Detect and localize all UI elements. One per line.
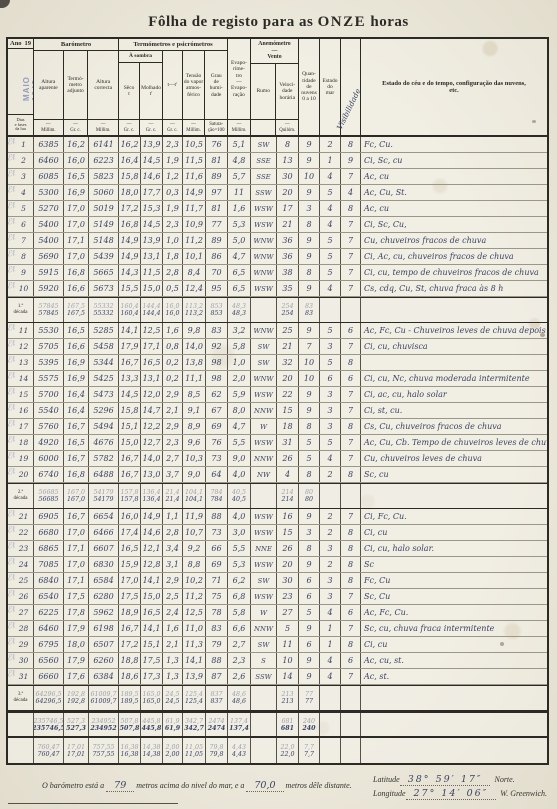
corrected-height-value: 5148 [93, 236, 113, 245]
corrected-height-value: 6466 [93, 528, 113, 537]
margin-flourish-mark: ℰℓ [8, 339, 16, 349]
vapour-tension-summary-cell: 342,7342,7 [183, 713, 206, 736]
apparent-height-summary-cell: 64296,564296,5 [34, 686, 64, 710]
humidity-cell: 88 [206, 509, 228, 524]
attached-thermometer-summary-line1: 167,0 [67, 489, 85, 496]
dry-bulb-value: 15,9 [121, 560, 139, 569]
humidity-cell: 70 [206, 265, 228, 280]
sea-state-value: 3 [327, 406, 332, 415]
evaporation-summary-line2: 137,4 [229, 725, 249, 732]
wind-direction-value: WSW [254, 285, 273, 293]
attached-thermometer-summary-line2: 167,0 [67, 496, 85, 503]
wind-speed-value: 5 [285, 624, 290, 633]
remark-cell: Ac, cu [361, 169, 547, 184]
apparent-height-summary-line1: 760,47 [37, 744, 59, 751]
corrected-height-cell: 6488 [89, 467, 119, 482]
remark-text: Ac, Cu, St. [364, 188, 407, 197]
t-diff-cell: 2,5 [163, 589, 183, 604]
humidity-cell: 86 [206, 249, 228, 264]
apparent-height-cell: 5530 [34, 323, 64, 338]
t-diff-value: 2,3 [166, 140, 179, 149]
wind-direction-cell: NNE [251, 541, 277, 556]
humidity-cell: 76 [206, 435, 228, 450]
evaporation-cell: 2,3 [228, 653, 251, 668]
apparent-height-summary-line2: 235746,5 [34, 725, 64, 732]
dry-bulb-value: 18,8 [121, 656, 139, 665]
t-diff-cell: 1,8 [163, 249, 183, 264]
t-diff-cell: 1,3 [163, 653, 183, 668]
t-diff-value: 1,3 [166, 656, 179, 665]
day-number: 14 [19, 374, 29, 383]
apparent-height-value: 6460 [38, 156, 58, 165]
corrected-height-value: 5425 [93, 374, 113, 383]
attached-thermometer-unit: — Gr. c. [64, 119, 88, 135]
wet-bulb-cell: 14,9 [141, 509, 163, 524]
dry-bulb-summary-line1: 189,5 [120, 691, 138, 698]
apparent-height-cell: 6385 [34, 137, 64, 152]
wind-speed-value: 36 [282, 236, 292, 245]
sea-state-cell: 5 [320, 233, 341, 248]
register-sheet: Fôlha de registo para as ONZE horas Ano … [0, 0, 557, 809]
remark-cell: Sc, Cu [361, 589, 547, 604]
vapour-tension-cell: 13,8 [183, 355, 206, 370]
wind-speed-cell: 25 [277, 323, 299, 338]
wind-direction-cell: WSW [251, 387, 277, 402]
humidity-value: 70 [211, 268, 221, 277]
remark-text: Sc, Cu [364, 592, 390, 601]
sea-state-cell: 4 [320, 605, 341, 620]
wind-direction-value: SW [258, 641, 270, 649]
corrected-height-cell: 5665 [89, 265, 119, 280]
t-diff-summary-cell: 24,524,5 [163, 686, 183, 710]
corrected-height-cell: 6466 [89, 525, 119, 540]
margin-flourish-mark: ℰℓ [8, 323, 16, 333]
wind-direction-cell: SSW [251, 669, 277, 684]
humidity-value: 83 [211, 326, 221, 335]
cloud-amount-cell: 5 [299, 435, 320, 450]
wet-bulb-value: 14,5 [143, 156, 161, 165]
cloud-amount-cell: 9 [299, 249, 320, 264]
apparent-height-value: 5300 [38, 188, 58, 197]
t-diff-cell: 1,9 [163, 153, 183, 168]
wind-speed-value: 25 [282, 326, 292, 335]
wet-bulb-summary-cell: 144,4144,4 [141, 298, 163, 322]
wet-bulb-summary-cell: 165,0165,0 [141, 686, 163, 710]
sea-state-value: 1 [327, 156, 332, 165]
corrected-height-cell: 5494 [89, 419, 119, 434]
visibility-cell: 6 [341, 371, 361, 386]
vapour-tension-value: 11,3 [185, 640, 203, 649]
evaporation-summary-line2: 40,5 [232, 496, 246, 503]
humidity-cell: 89 [206, 233, 228, 248]
dry-bulb-value: 13,3 [121, 374, 139, 383]
corrected-height-cell: 5285 [89, 323, 119, 338]
corrected-height-cell: 6830 [89, 557, 119, 572]
margin-flourish-mark: ℰℓ [8, 467, 16, 477]
margin-flourish-mark: ℰℓ [8, 451, 16, 461]
cloud-amount-cell: 3 [299, 525, 320, 540]
remark-text: Ci, Sc, cu [364, 156, 402, 165]
vapour-tension-cell: 9,0 [183, 467, 206, 482]
attached-thermometer-value: 17,5 [67, 592, 85, 601]
wind-speed-cell: 13 [277, 153, 299, 168]
remark-text: Ci, ac, cu, halo solar [364, 390, 447, 399]
dry-bulb-value: 15,8 [121, 172, 139, 181]
dry-bulb-value: 14,5 [121, 390, 139, 399]
dry-bulb-value: 18,9 [121, 608, 139, 617]
sea-state-cell: 2 [320, 557, 341, 572]
t-diff-cell: 0,3 [163, 185, 183, 200]
cloud-amount-cell: 5 [299, 605, 320, 620]
wind-direction-value: NNW [254, 407, 273, 415]
humidity-value: 73 [211, 528, 221, 537]
baro-note-mid: metros acima do nivel do mar, e a [136, 781, 244, 790]
col-humidity: Grau de humi- dade Satura- ção=100 [205, 51, 227, 135]
attached-thermometer-cell: 16,5 [64, 169, 89, 184]
t-diff-cell: 3,1 [163, 557, 183, 572]
vapour-tension-cell: 10,5 [183, 137, 206, 152]
remark-cell: Cs, cdq, Cu, St, chuva fraca às 8 h [361, 281, 547, 296]
humidity-cell: 98 [206, 371, 228, 386]
table-row-day: ℰℓ14557516,9542513,313,10,211,1982,0WNW2… [8, 371, 547, 387]
humidity-value: 76 [211, 140, 221, 149]
barometer-note: O barómetro está a 79 metros acima do ni… [42, 774, 352, 800]
cloud-amount-cell: 9 [299, 185, 320, 200]
t-diff-cell: 1,9 [163, 201, 183, 216]
wind-speed-summary-line2: 254 [281, 310, 293, 317]
visibility-value: 8 [348, 576, 353, 585]
wind-speed-value: 23 [282, 592, 292, 601]
evaporation-summary-line1: 137,4 [230, 718, 248, 725]
evaporation-value: 4,8 [233, 156, 246, 165]
table-row-day: ℰℓ18492016,5467615,012,72,39,6765,5WSW31… [8, 435, 547, 451]
day-cell: ℰℓ5 [8, 201, 34, 216]
evaporation-summary-line1: 48,3 [232, 303, 246, 310]
sea-state-cell: 2 [320, 467, 341, 482]
wet-bulb-value: 15,0 [143, 284, 161, 293]
visibility-cell: 6 [341, 605, 361, 620]
col-cloud-amount: Quan- tidade de nuvens 0 a 10 [299, 39, 320, 135]
vapour-tension-value: 8,8 [188, 560, 201, 569]
t-diff-cell: 0,8 [163, 339, 183, 354]
wind-direction-value: SSW [255, 673, 271, 681]
day-cell: ℰℓ29 [8, 637, 34, 652]
apparent-height-value: 6460 [38, 624, 58, 633]
apparent-height-cell: 6560 [34, 653, 64, 668]
corrected-height-cell: 6384 [89, 669, 119, 684]
sea-state-value: 5 [327, 358, 332, 367]
apparent-height-value: 5700 [38, 390, 58, 399]
attached-thermometer-value: 18,0 [67, 640, 85, 649]
wind-speed-cell: 22 [277, 387, 299, 402]
col-vapour-tension: Tensão do vapor atmos- férico — Millim. [183, 51, 206, 135]
day-cell: ℰℓ27 [8, 605, 34, 620]
visibility-cell: 7 [341, 265, 361, 280]
cloud-amount-value: 9 [306, 156, 311, 165]
attached-thermometer-cell: 16,2 [64, 137, 89, 152]
col-dry-bulb: Sêco t — Gr. c. [119, 63, 140, 135]
attached-thermometer-cell: 16,5 [64, 323, 89, 338]
sea-state-cell: 6 [320, 371, 341, 386]
humidity-cell: 89 [206, 169, 228, 184]
apparent-height-value: 6540 [38, 592, 58, 601]
table-row-day: ℰℓ21690516,7665416,014,91,111,9884,0WSW1… [8, 509, 547, 525]
day-cell: ℰℓ1 [8, 137, 34, 152]
visibility-value: 8 [348, 204, 353, 213]
cloud-amount-cell: 9 [299, 621, 320, 636]
corrected-height-cell: 5019 [89, 201, 119, 216]
col-corrected-height: Altura correcta — Millim. [88, 51, 118, 135]
apparent-height-cell: 7085 [34, 557, 64, 572]
sea-state-value: 4 [327, 672, 332, 681]
evaporation-summary-line1: 48,6 [232, 691, 246, 698]
table-row-day: ℰℓ27622517,8596218,916,52,412,5785,8W275… [8, 605, 547, 621]
visibility-value: 8 [348, 470, 353, 479]
evaporation-value: 5,3 [233, 560, 246, 569]
remark-text: Fc, Cu [364, 576, 390, 585]
wind-direction-cell: WSW [251, 217, 277, 232]
t-diff-value: 3,1 [166, 560, 179, 569]
t-diff-value: 1,6 [166, 326, 179, 335]
day-cell: ℰℓ21 [8, 509, 34, 524]
group-barometer: Barómetro Altura aparente — Millim. Term… [34, 39, 119, 135]
vapour-tension-unit: — Millim. [183, 119, 205, 135]
attached-thermometer-summary-line1: 167,5 [67, 303, 85, 310]
cloud-amount-cell: 9 [299, 281, 320, 296]
evaporation-summary-line2: 48,6 [232, 698, 246, 705]
wind-speed-summary-cell: 22,022,0 [277, 738, 299, 763]
cloud-amount-cell: 6 [299, 637, 320, 652]
humidity-value: 98 [211, 358, 221, 367]
corrected-height-cell: 6260 [89, 653, 119, 668]
summary-remark-cell [361, 738, 547, 763]
attached-thermometer-cell: 16,9 [64, 371, 89, 386]
vapour-tension-label: Tensão do vapor atmos- férico [183, 51, 205, 119]
day-number: 29 [19, 640, 29, 649]
table-row-day: ℰℓ28646017,9619816,714,11,611,0836,6NNW5… [8, 621, 547, 637]
t-diff-value: 2,8 [166, 528, 179, 537]
dry-bulb-cell: 16,7 [119, 355, 141, 370]
wet-bulb-cell: 12,8 [141, 557, 163, 572]
wet-bulb-cell: 17,7 [141, 185, 163, 200]
visibility-summary-cell [341, 686, 361, 710]
attached-thermometer-value: 17,0 [67, 252, 85, 261]
cloud-amount-cell: 8 [299, 217, 320, 232]
wet-bulb-cell: 15,3 [141, 201, 163, 216]
attached-thermometer-value: 17,9 [67, 624, 85, 633]
sea-state-value: 3 [327, 422, 332, 431]
dry-bulb-cell: 18,6 [119, 669, 141, 684]
t-diff-cell: 2,9 [163, 387, 183, 402]
t-diff-summary-cell: 21,421,4 [163, 484, 183, 508]
wind-speed-summary-cell: 214214 [277, 484, 299, 508]
vapour-tension-summary-cell: 125,4125,4 [183, 686, 206, 710]
dry-bulb-cell: 15,1 [119, 419, 141, 434]
decade-1-row: 1.ª década5784557845167,5167,55533255332… [8, 297, 547, 323]
wet-bulb-summary-line1: 445,8 [142, 718, 160, 725]
remark-text: Ci, Fc, Cu. [364, 512, 407, 521]
vapour-tension-cell: 12,4 [183, 281, 206, 296]
margin-flourish-mark: ℰℓ [8, 233, 16, 243]
corrected-height-summary-line2: 55332 [93, 310, 113, 317]
wind-speed-cell: 38 [277, 265, 299, 280]
evaporation-cell: 4,7 [228, 249, 251, 264]
margin-flourish-mark: ℰℓ [8, 509, 16, 519]
humidity-cell: 88 [206, 653, 228, 668]
evaporation-value: 5,5 [233, 438, 246, 447]
wind-direction-cell: NNW [251, 403, 277, 418]
evaporation-value: 2,7 [233, 640, 246, 649]
wet-bulb-cell: 17,3 [141, 669, 163, 684]
cloud-amount-summary-line2: 7,7 [304, 751, 314, 758]
wind-direction-cell: WSW [251, 201, 277, 216]
evaporation-cell: 9,0 [228, 451, 251, 466]
day-number: 23 [19, 544, 29, 553]
corrected-height-value: 6507 [93, 640, 113, 649]
wind-speed-value: 38 [282, 268, 292, 277]
evaporation-value: 5,8 [233, 342, 246, 351]
corrected-height-value: 6488 [93, 470, 113, 479]
visibility-cell: 8 [341, 201, 361, 216]
dry-bulb-value: 16,5 [121, 544, 139, 553]
cloud-amount-cell: 9 [299, 557, 320, 572]
wet-bulb-cell: 16,5 [141, 355, 163, 370]
column-day: Ano 19 Mês de MAIO 1942 Dias e fases da … [8, 39, 34, 135]
humidity-value: 77 [211, 220, 221, 229]
wind-speed-cell: 20 [277, 185, 299, 200]
attached-thermometer-cell: 16,7 [64, 419, 89, 434]
cloud-amount-value: 6 [306, 592, 311, 601]
vapour-tension-value: 14,1 [185, 656, 203, 665]
wind-direction-value: WSW [254, 439, 273, 447]
apparent-height-cell: 6840 [34, 573, 64, 588]
attached-thermometer-value: 16,4 [67, 406, 85, 415]
wind-speed-cell: 20 [277, 371, 299, 386]
humidity-cell: 77 [206, 217, 228, 232]
dry-bulb-cell: 14,1 [119, 323, 141, 338]
wet-bulb-value: 14,0 [143, 454, 161, 463]
wind-direction-cell: SW [251, 573, 277, 588]
evaporation-value: 5,0 [233, 236, 246, 245]
day-number: 9 [21, 268, 26, 277]
sea-state-value: 4 [327, 284, 332, 293]
humidity-cell: 83 [206, 621, 228, 636]
visibility-value: 7 [348, 236, 353, 245]
dry-bulb-value: 16,4 [121, 156, 139, 165]
dry-bulb-value: 16,0 [121, 512, 139, 521]
table-body: ℰℓ1638516,2614116,213,92,310,5765,1SW892… [8, 137, 547, 763]
wind-speed-cell: 36 [277, 233, 299, 248]
day-cell: ℰℓ24 [8, 557, 34, 572]
vapour-tension-summary-cell: 104,1104,1 [183, 484, 206, 508]
wind-speed-summary-line1: 214 [281, 489, 293, 496]
wind-direction-cell: S [251, 653, 277, 668]
attached-thermometer-value: 17,8 [67, 608, 85, 617]
apparent-height-cell: 6085 [34, 169, 64, 184]
sea-state-cell: 3 [320, 573, 341, 588]
visibility-value: 6 [348, 608, 353, 617]
day-number: 21 [19, 512, 29, 521]
humidity-value: 69 [211, 422, 221, 431]
cloud-amount-cell: 3 [299, 201, 320, 216]
attached-thermometer-value: 16,0 [67, 156, 85, 165]
humidity-summary-line2: 2474 [208, 725, 226, 732]
t-diff-cell: 1,0 [163, 233, 183, 248]
attached-thermometer-value: 16,8 [67, 470, 85, 479]
cloud-amount-summary-cell: 7777 [299, 686, 320, 710]
cloud-amount-label: Quan- tidade de nuvens 0 a 10 [299, 39, 319, 135]
dry-bulb-summary-cell: 16,3816,38 [119, 738, 141, 763]
remark-cell: Ci, Fc, Cu. [361, 509, 547, 524]
humidity-cell: 95 [206, 281, 228, 296]
apparent-height-value: 4920 [38, 438, 58, 447]
table-row-day: ℰℓ7540017,1514814,913,91,011,2895,0WNW36… [8, 233, 547, 249]
cloud-amount-value: 9 [306, 140, 311, 149]
corrected-height-summary-cell: 61009,761009,7 [89, 686, 119, 710]
humidity-cell: 69 [206, 419, 228, 434]
vapour-tension-cell: 8,9 [183, 419, 206, 434]
t-diff-value: 0,3 [166, 188, 179, 197]
wind-speed-cell: 26 [277, 451, 299, 466]
apparent-height-value: 6865 [38, 544, 58, 553]
day-number: 5 [21, 204, 26, 213]
visibility-cell: 8 [341, 573, 361, 588]
apparent-height-cell: 6680 [34, 525, 64, 540]
visibility-cell: 7 [341, 509, 361, 524]
vapour-tension-cell: 10,9 [183, 217, 206, 232]
cloud-amount-cell: 10 [299, 355, 320, 370]
day-number: 3 [21, 172, 26, 181]
dry-bulb-value: 17,4 [121, 528, 139, 537]
day-cell: ℰℓ17 [8, 419, 34, 434]
apparent-height-cell: 5540 [34, 403, 64, 418]
cloud-amount-summary-line1: 240 [303, 718, 315, 725]
humidity-value: 62 [211, 390, 221, 399]
ano-label: Ano [10, 40, 22, 47]
humidity-cell: 97 [206, 185, 228, 200]
vapour-tension-value: 11,2 [185, 236, 203, 245]
wind-direction-cell: WNW [251, 233, 277, 248]
sea-state-value: 3 [327, 390, 332, 399]
wind-speed-cell: 8 [277, 137, 299, 152]
table-row-day: ℰℓ26654017,5628017,515,02,511,2756,8WSW2… [8, 589, 547, 605]
wet-bulb-cell: 13,0 [141, 467, 163, 482]
vapour-tension-summary-line2: 104,1 [185, 496, 203, 503]
visibility-value: 9 [348, 156, 353, 165]
cloud-amount-value: 9 [306, 252, 311, 261]
dry-bulb-value: 15,5 [121, 284, 139, 293]
wind-speed-value: 16 [282, 512, 292, 521]
remark-text: Sc, cu, chuva fraca intermitente [364, 624, 494, 633]
attached-thermometer-value: 17,0 [67, 204, 85, 213]
sea-state-value: 4 [327, 656, 332, 665]
evaporation-cell: 5,9 [228, 387, 251, 402]
wet-bulb-summary-cell: 136,4136,4 [141, 484, 163, 508]
corrected-height-summary-cell: 5533255332 [89, 298, 119, 322]
dry-bulb-cell: 17,5 [119, 589, 141, 604]
dry-bulb-summary-line2: 189,5 [120, 698, 138, 705]
sea-state-cell: 5 [320, 323, 341, 338]
visibility-cell: 4 [341, 185, 361, 200]
cloud-amount-value: 9 [306, 236, 311, 245]
vapour-tension-summary-line1: 342,7 [185, 718, 203, 725]
table-row-day: ℰℓ4530016,9506018,017,70,314,99711SSW209… [8, 185, 547, 201]
sea-state-cell: 3 [320, 387, 341, 402]
evaporation-value: 4,7 [233, 252, 246, 261]
remark-cell: Ci, cu, chuvisca [361, 339, 547, 354]
table-row-day: ℰℓ12570516,6545817,917,10,814,0925,8SW21… [8, 339, 547, 355]
corrected-height-value: 5673 [93, 284, 113, 293]
